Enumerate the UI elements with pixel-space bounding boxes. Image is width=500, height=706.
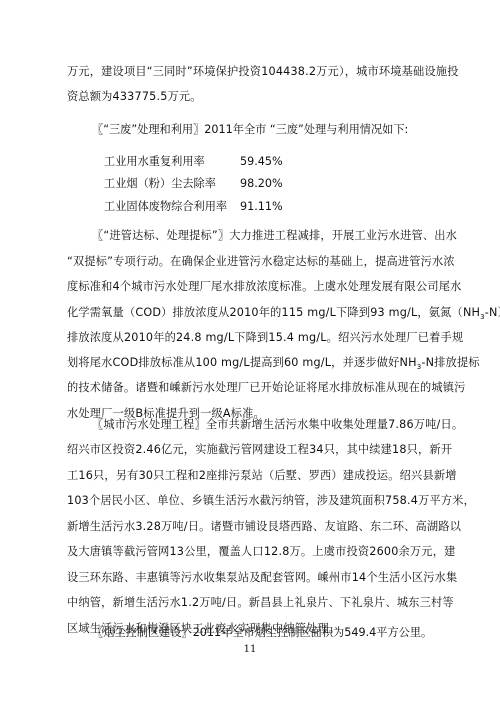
waste-table-label: 工业烟（粉）尘去除率 [104,177,240,191]
sewage-paragraph-line: 工16只，另有30只工程和2座排污泵站（后墅、罗西）建成投运。绍兴县新增 [67,469,433,483]
pipe-paragraph-line: “双提标”专项行动。在确保企业进管污水稳定达标的基础上，提高进管污水浓 [67,255,433,269]
sewage-paragraph-line: 新增生活污水3.28万吨/日。诸暨市铺设艮塔西路、友谊路、东二环、高湖路以 [67,520,433,534]
pipe-paragraph-line: 度标准和4个城市污水处理厂尾水排放浓度标准。上虞水处理发展有限公司尾水 [67,280,433,294]
pipe-line-tail: -N） [485,306,500,319]
pipe-paragraph-line: 排放浓度从2010年的24.8 mg/L下降到15.4 mg/L。绍兴污水处理厂… [67,331,433,345]
waste-table-label: 工业固体废物综合利用率 [104,200,240,214]
waste-table-value: 98.20% [240,177,283,191]
pipe-paragraph-line-nh3: 划将尾水COD排放标准从100 mg/L提高到60 mg/L，并逐步做好NH3-… [67,356,433,370]
sewage-paragraph-line: 〖城市污水处理工程〗全市共新增生活污水集中收集处理量7.86万吨/日。 [92,418,433,432]
section-dust-heading: 〖烟尘控制区建设〗2011年全市烟尘控制区面积为549.4平方公里。 [92,626,432,640]
sewage-paragraph-line: 中纳管，新增生活污水1.2万吨/日。新昌县上礼泉片、下礼泉片、城东三村等 [67,596,433,610]
sewage-paragraph-line: 及大唐镇等截污管网13公里，覆盖人口12.8万。上虞市投资2600余万元，建 [67,545,433,559]
pipe-paragraph-line-nh3: 化学需氧量（COD）排放浓度从2010年的115 mg/L下降到93 mg/L，… [67,306,433,320]
sewage-paragraph-line: 绍兴市区投资2.46亿元，实施截污管网建设工程34只，其中续建18只，新开 [67,443,433,457]
section-waste-heading: 〖“三废”处理和利用〗2011年全市 “三废”处理与利用情况如下: [92,123,408,137]
sewage-paragraph-line: 设三环东路、丰惠镇等污水收集泵站及配套管网。嵊州市14个生活小区污水集 [67,571,433,585]
pipe-paragraph-line: 的技术储备。诸暨和嵊新污水处理厂已开始论证将尾水排放标准从现在的城镇污 [67,381,433,395]
pipe-paragraph-line: 〖“进管达标、处理提标”〗大力推进工程减排，开展工业污水进管、出水 [92,229,433,243]
waste-table-value: 59.45% [240,155,283,169]
waste-table-row: 工业烟（粉）尘去除率98.20% [104,177,283,191]
pipe-line-tail: -N排放提标 [421,356,479,369]
waste-table-value: 91.11% [240,200,283,214]
waste-table-row: 工业用水重复利用率59.45% [104,155,283,169]
intro-line-1: 万元，建设项目“三同时”环境保护投资104438.2万元），城市环境基础设施投 [67,65,433,79]
waste-table-label: 工业用水重复利用率 [104,155,240,169]
pipe-line-text: 化学需氧量（COD）排放浓度从2010年的115 mg/L下降到93 mg/L，… [67,306,480,319]
document-page: 万元，建设项目“三同时”环境保护投资104438.2万元），城市环境基础设施投 … [0,0,500,706]
page-number: 11 [0,644,500,656]
waste-table-row: 工业固体废物综合利用率91.11% [104,200,283,214]
sewage-paragraph-line: 103个居民小区、单位、乡镇生活污水截污纳管，涉及建筑面积758.4万平方米， [67,494,433,508]
pipe-line-text: 划将尾水COD排放标准从100 mg/L提高到60 mg/L，并逐步做好NH [67,356,417,369]
intro-line-2: 资总额为433775.5万元。 [67,90,433,104]
